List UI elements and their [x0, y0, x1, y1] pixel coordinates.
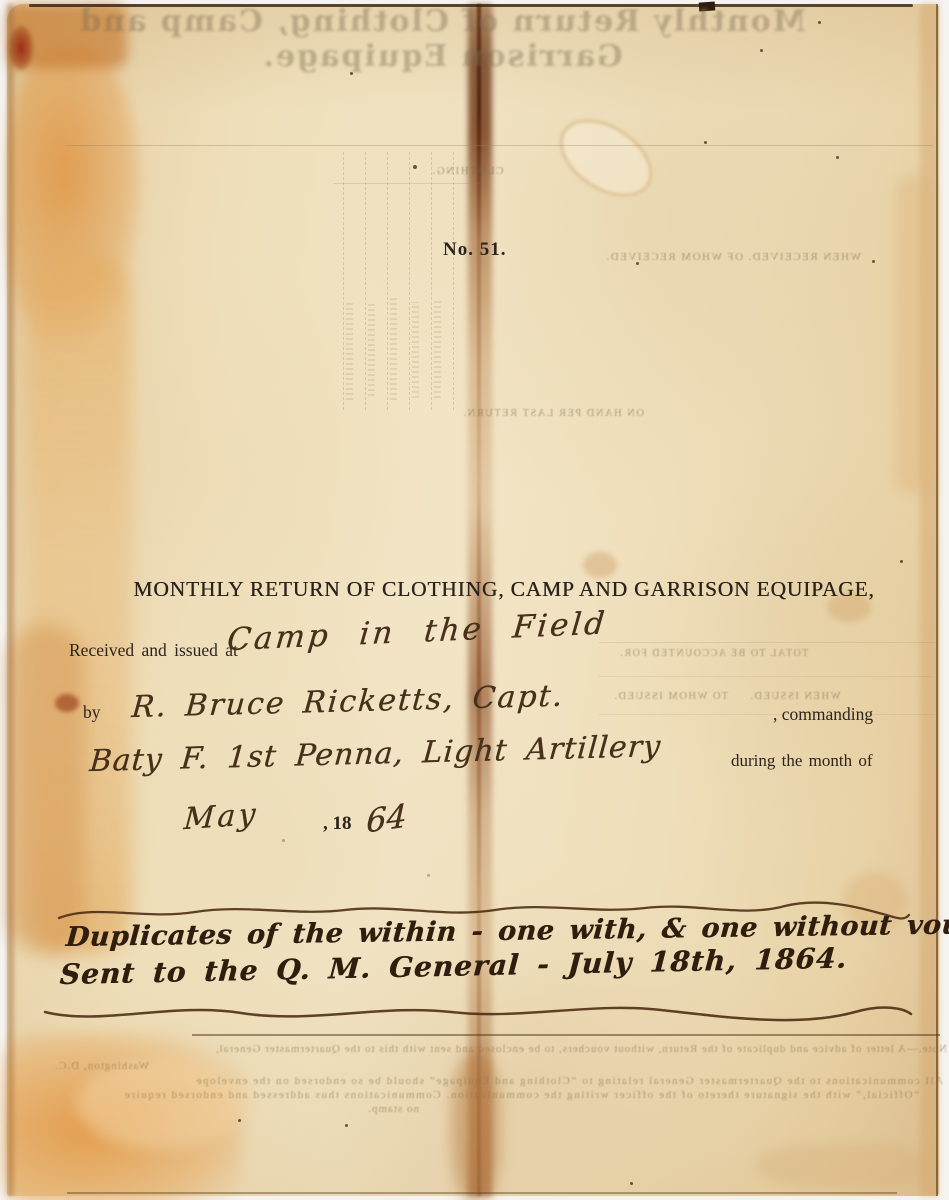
- foxing-speck: [836, 156, 839, 159]
- bleedthrough-note-line-2: Washington, D.C.: [37, 1060, 149, 1072]
- foxing-speck: [350, 72, 353, 75]
- form-title: MONTHLY RETURN OF CLOTHING, CAMP AND GAR…: [69, 577, 939, 602]
- year-printed-prefix: , 18: [323, 813, 352, 835]
- bleedthrough-note-line-5: no stamp.: [307, 1103, 419, 1115]
- bottom-page-edge: [67, 1192, 897, 1194]
- foxing-speck: [760, 49, 763, 52]
- bleed-column-label-smudge: [346, 300, 353, 400]
- bleed-column-line: [409, 152, 410, 410]
- bleedthrough-of-whom-received: OF WHOM RECEIVED.: [605, 251, 743, 263]
- printed-bottom-rule: [192, 1034, 940, 1036]
- foxing-speck: [818, 21, 821, 24]
- bleedthrough-on-hand: ON HAND PER LAST RETURN.: [462, 408, 644, 419]
- bleedthrough-total: TOTAL TO BE ACCOUNTED FOR.: [619, 648, 808, 659]
- scanned-document: Monthly Return of Clothing, Camp and Gar…: [0, 0, 949, 1200]
- bleed-table-header-rule: [333, 183, 479, 184]
- received-at-label: Received and issued at: [69, 640, 238, 661]
- foxing-speck: [704, 141, 707, 144]
- stain-bottom-left-light: [77, 1059, 247, 1149]
- during-month-label: during the month of: [731, 751, 873, 771]
- paper-sheet: Monthly Return of Clothing, Camp and Gar…: [7, 4, 939, 1196]
- small-stain-center: [583, 552, 617, 578]
- water-stain-left-streak: [27, 254, 131, 954]
- year-handwriting: 64: [366, 796, 408, 840]
- bleed-column-line: [453, 152, 454, 410]
- bleed-column-line: [387, 152, 388, 410]
- foxing-speck: [345, 1124, 348, 1127]
- bleed-column-label-smudge: [390, 296, 397, 400]
- bleed-rule-right: [599, 714, 935, 715]
- stain-right-middle: [895, 174, 931, 494]
- bleedthrough-clothing-header: CLOTHING.: [431, 165, 503, 177]
- left-edge-shadow: [7, 4, 14, 1196]
- bleedthrough-when-issued: WHEN ISSUED.: [749, 691, 841, 702]
- foxing-speck: [636, 262, 639, 265]
- foxing-speck: [238, 1119, 241, 1122]
- bleed-column-line: [343, 152, 344, 410]
- water-stain-left: [8, 46, 142, 346]
- foxing-speck: [282, 839, 285, 842]
- form-number: No. 51.: [443, 239, 506, 261]
- bleedthrough-note-line-4: “Official,” with the signature thereto o…: [35, 1089, 919, 1101]
- crease-bottom-right: [757, 1144, 932, 1188]
- location-handwriting: Camp in the Field: [226, 605, 609, 658]
- foxing-speck: [900, 560, 903, 563]
- bleed-rule-right: [599, 676, 935, 677]
- foxing-speck: [413, 165, 417, 169]
- unit-handwriting: Baty F. 1st Penna, Light Artillery: [88, 729, 662, 779]
- bleedthrough-to-whom: TO WHOM ISSUED.: [613, 691, 728, 702]
- foxing-speck: [427, 874, 430, 877]
- by-label: by: [83, 702, 101, 723]
- leaf-shaped-stain: [546, 103, 666, 212]
- bleedthrough-note-line-1: Note.—A letter of advice and duplicate o…: [95, 1043, 947, 1055]
- bleedthrough-when-received: WHEN RECEIVED.: [747, 251, 861, 263]
- bleed-column-label-smudge: [434, 298, 441, 398]
- month-handwriting: May: [183, 797, 260, 837]
- stain-bottom-left-corner: [3, 1032, 243, 1200]
- bleedthrough-note-line-3: All communications to the Quartermaster …: [75, 1075, 943, 1087]
- stain-left-lower: [7, 624, 85, 954]
- bleedthrough-ornate-title: Monthly Return of Clothing, Camp and Gar…: [7, 4, 877, 74]
- margin-ink-smear: [55, 694, 79, 712]
- bleed-table-top-rule: [65, 145, 933, 146]
- bleed-rule-right: [599, 642, 935, 643]
- bleed-column-line: [365, 152, 366, 410]
- foxing-speck: [872, 260, 875, 263]
- officer-handwriting: R. Bruce Ricketts, Capt.: [130, 679, 565, 725]
- bleed-column-line: [431, 152, 432, 410]
- foxing-speck: [630, 1182, 633, 1185]
- commanding-label: , commanding: [773, 704, 873, 725]
- bleed-column-label-smudge: [412, 302, 419, 398]
- bleed-column-label-smudge: [368, 304, 375, 396]
